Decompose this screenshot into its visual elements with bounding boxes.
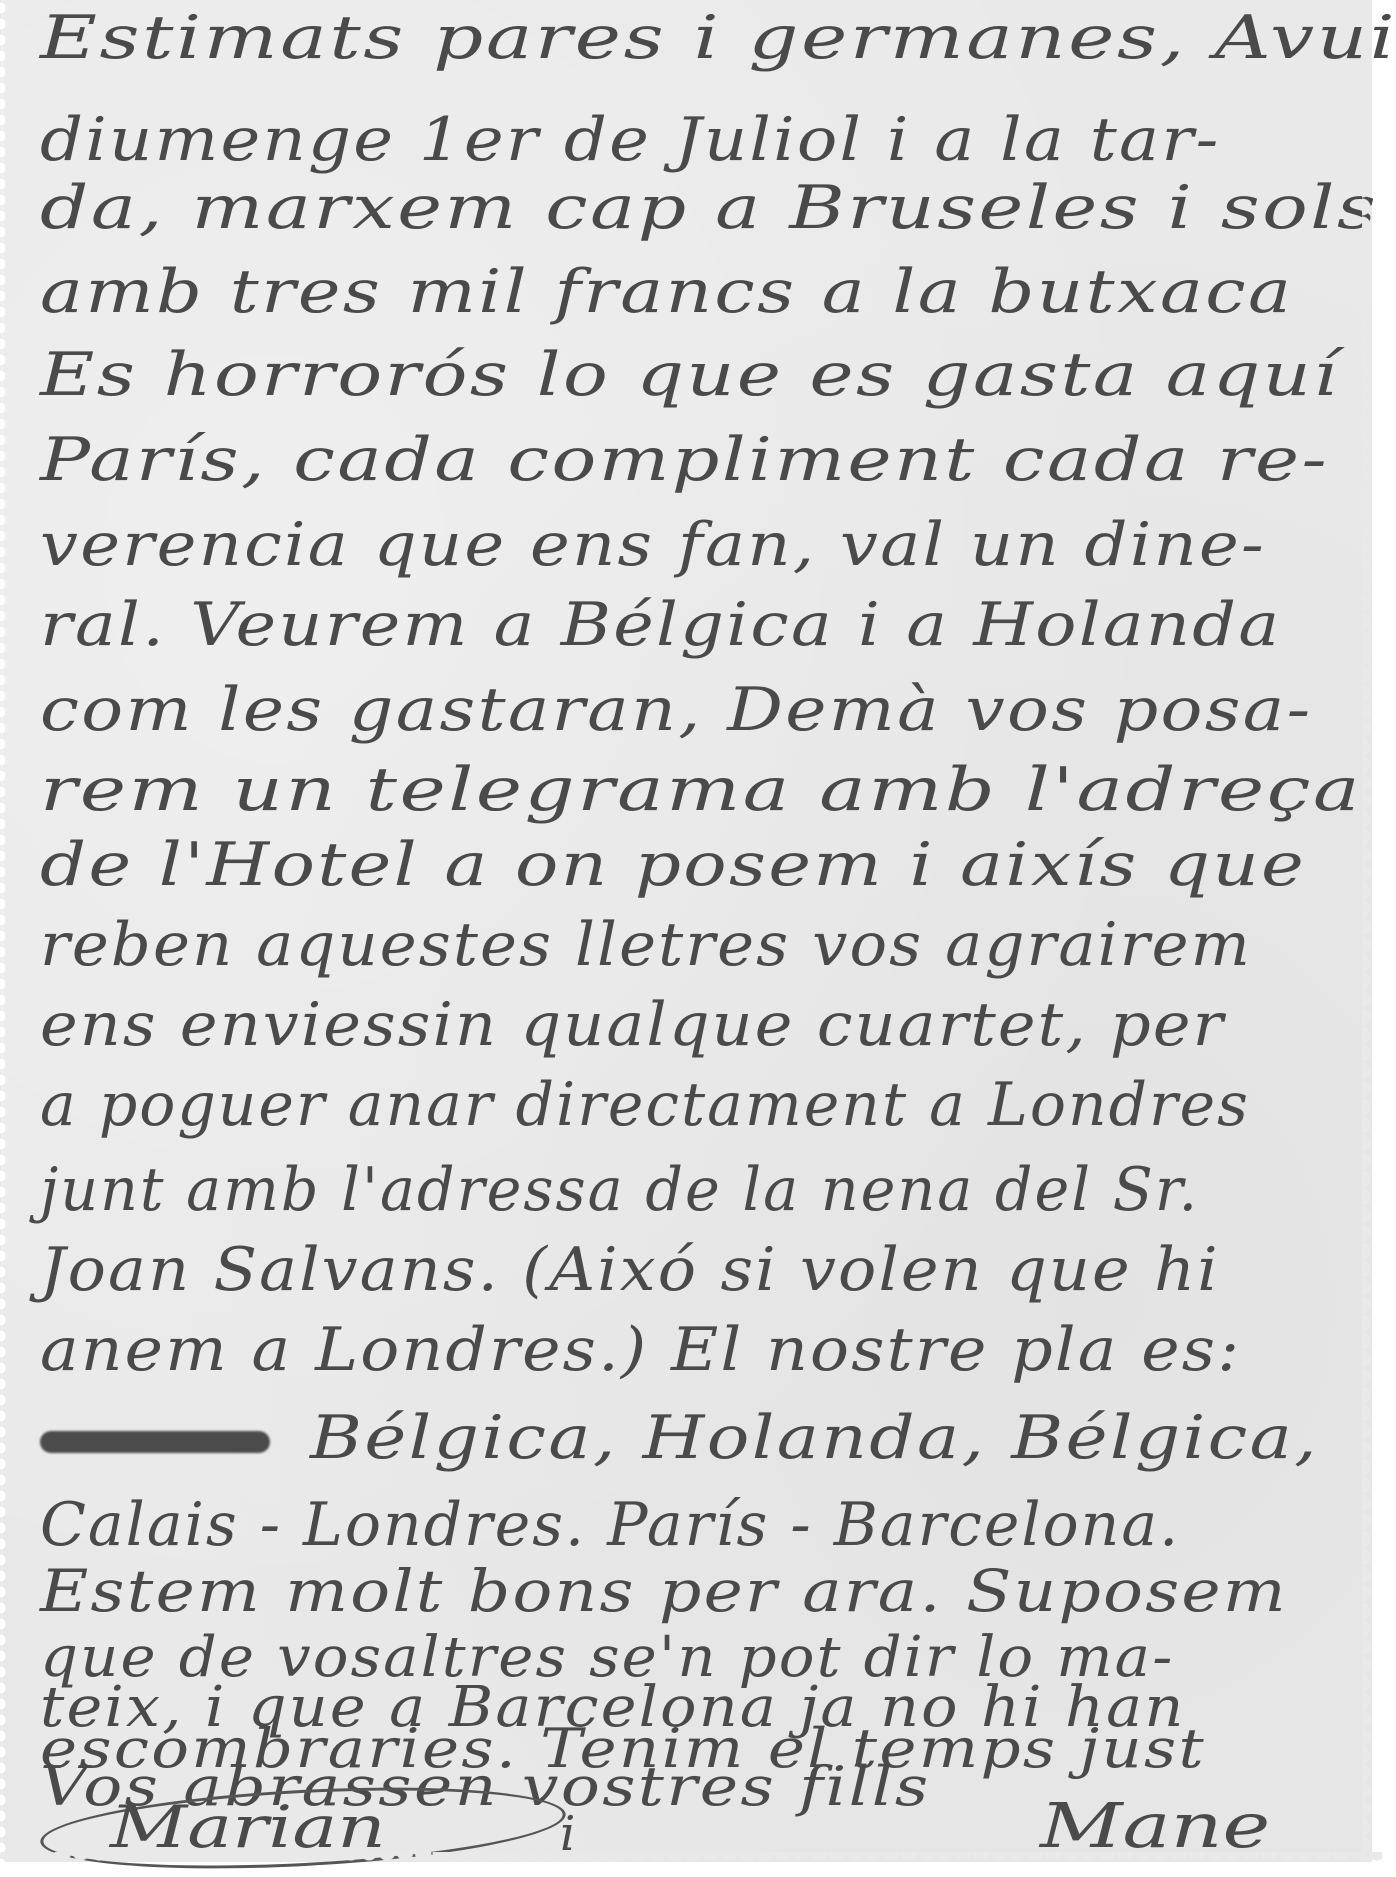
letter-line-18: Bélgica, Holanda, Bélgica,: [40, 1408, 1165, 1468]
signature-second-name: Mane: [1040, 1795, 1270, 1857]
letter-line-13: ens enviessin qualque cuartet, per: [40, 995, 1225, 1055]
letter-line-1: Estimats pares i germanes, Avui: [40, 8, 1396, 68]
signature-first-name: Marian: [110, 1798, 386, 1856]
letter-line-8: ral. Veurem a Bélgica i a Holanda: [40, 595, 1281, 655]
deckled-edge-right: [1362, 0, 1382, 1862]
letter-paper: Estimats pares i germanes, Avui diumenge…: [0, 0, 1372, 1862]
letter-line-7: verencia que ens fan, val un dine-: [40, 515, 1266, 575]
letter-line-9: com les gastaran, Demà vos posa-: [40, 680, 1312, 740]
letter-line-19: Calais - Londres. París - Barcelona.: [40, 1495, 1180, 1555]
letter-line-20: Estem molt bons per ara. Suposem: [40, 1562, 1288, 1620]
deckled-edge-left: [0, 0, 10, 1862]
signature-conjunction: i: [560, 1810, 575, 1858]
deckled-edge-bottom: [0, 1852, 1382, 1872]
struck-out-word: [40, 1431, 270, 1453]
letter-line-12: reben aquestes lletres vos agrairem: [40, 915, 1252, 975]
letter-line-4: amb tres mil francs a la butxaca: [40, 262, 1293, 322]
letter-line-17: anem a Londres.) El nostre pla es:: [40, 1320, 1241, 1380]
letter-line-18-text: Bélgica, Holanda, Bélgica,: [310, 1408, 1319, 1468]
letter-line-6: París, cada compliment cada re-: [40, 430, 1329, 490]
letter-line-16: Joan Salvans. (Aixó si volen que hi: [40, 1240, 1220, 1300]
letter-line-3: da, marxem cap a Bruseles i sols: [40, 178, 1378, 238]
letter-line-11: de l'Hotel a on posem i aixís que: [40, 835, 1306, 895]
letter-line-5: Es horrorós lo que es gasta aquí: [40, 345, 1339, 405]
letter-line-15: junt amb l'adressa de la nena del Sr.: [40, 1160, 1199, 1220]
letter-line-10: rem un telegrama amb l'adreça: [40, 760, 1362, 820]
letter-line-14: a poguer anar directament a Londres: [40, 1075, 1250, 1135]
letter-line-2: diumenge 1er de Juliol i a la tar-: [40, 110, 1221, 170]
